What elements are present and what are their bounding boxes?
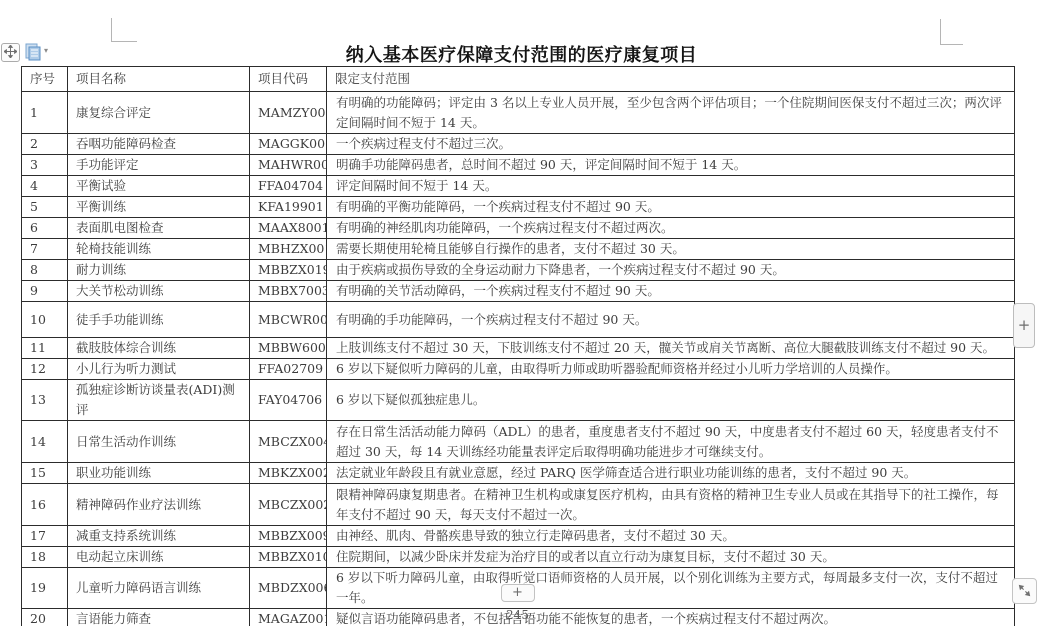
seq-cell[interactable]: 15 [22, 463, 68, 484]
seq-cell[interactable]: 13 [22, 380, 68, 421]
project-name-cell[interactable]: 手功能评定 [68, 155, 250, 176]
table-body: 1康复综合评定MAMZY003有明确的功能障码；评定由 3 名以上专业人员开展，… [22, 92, 1015, 626]
payment-scope-cell[interactable]: 评定间隔时间不短于 14 天。 [327, 176, 1015, 197]
seq-cell[interactable]: 14 [22, 421, 68, 463]
seq-cell[interactable]: 18 [22, 547, 68, 568]
project-name-cell[interactable]: 徒手手功能训练 [68, 302, 250, 338]
table-header-row: 序号 项目名称 项目代码 限定支付范围 [22, 67, 1015, 92]
project-name-cell[interactable]: 平衡训练 [68, 197, 250, 218]
diagonal-resize-icon [1018, 582, 1031, 601]
project-code-cell[interactable]: FFA04704 [250, 176, 327, 197]
project-name-cell[interactable]: 电动起立床训练 [68, 547, 250, 568]
seq-cell[interactable]: 10 [22, 302, 68, 338]
project-code-cell[interactable]: MBBX7003 [250, 281, 327, 302]
project-name-cell[interactable]: 小儿行为听力测试 [68, 359, 250, 380]
seq-cell[interactable]: 12 [22, 359, 68, 380]
project-name-cell[interactable]: 大关节松动训练 [68, 281, 250, 302]
seq-cell[interactable]: 7 [22, 239, 68, 260]
project-code-cell[interactable]: MBCZX004 [250, 421, 327, 463]
seq-cell[interactable]: 5 [22, 197, 68, 218]
table-row: 11截肢肢体综合训练MBBW6005上肢训练支付不超过 30 天，下肢训练支付不… [22, 338, 1015, 359]
project-code-cell[interactable]: FFA02709 [250, 359, 327, 380]
project-name-cell[interactable]: 截肢肢体综合训练 [68, 338, 250, 359]
project-code-cell[interactable]: MBHZX001 [250, 239, 327, 260]
table-row: 12小儿行为听力测试FFA027096 岁以下疑似听力障码的儿童，由取得听力师或… [22, 359, 1015, 380]
seq-cell[interactable]: 16 [22, 484, 68, 526]
payment-scope-cell[interactable]: 上肢训练支付不超过 30 天，下肢训练支付不超过 20 天，髋关节或肩关节离断、… [327, 338, 1015, 359]
payment-scope-cell[interactable]: 有明确的手功能障码，一个疾病过程支付不超过 90 天。 [327, 302, 1015, 338]
payment-scope-cell[interactable]: 需要长期使用轮椅且能够自行操作的患者，支付不超过 30 天。 [327, 239, 1015, 260]
header-name[interactable]: 项目名称 [68, 67, 250, 92]
seq-cell[interactable]: 2 [22, 134, 68, 155]
project-name-cell[interactable]: 孤独症诊断访谈量表(ADI)测评 [68, 380, 250, 421]
header-scope[interactable]: 限定支付范围 [327, 67, 1015, 92]
project-code-cell[interactable]: MAAX8001 [250, 218, 327, 239]
payment-scope-cell[interactable]: 住院期间，以减少卧床并发症为治疗目的或者以直立行动为康复目标，支付不超过 30 … [327, 547, 1015, 568]
table-row: 2吞咽功能障码检查MAGGK001一个疾病过程支付不超过三次。 [22, 134, 1015, 155]
project-code-cell[interactable]: MAMZY003 [250, 92, 327, 134]
payment-scope-cell[interactable]: 存在日常生活活动能力障码（ADL）的患者，重度患者支付不超过 90 天，中度患者… [327, 421, 1015, 463]
project-name-cell[interactable]: 轮椅技能训练 [68, 239, 250, 260]
add-column-button[interactable]: + [1013, 303, 1035, 348]
document-title[interactable]: 纳入基本医疗保障支付范围的医疗康复项目 [0, 41, 1043, 67]
table-row: 6表面肌电图检查MAAX8001有明确的神经肌肉功能障码，一个疾病过程支付不超过… [22, 218, 1015, 239]
project-code-cell[interactable]: MAGGK001 [250, 134, 327, 155]
project-name-cell[interactable]: 减重支持系统训练 [68, 526, 250, 547]
project-code-cell[interactable]: MBKZX002 [250, 463, 327, 484]
payment-scope-cell[interactable]: 有明确的功能障码；评定由 3 名以上专业人员开展，至少包含两个评估项目；一个住院… [327, 92, 1015, 134]
table-row: 4平衡试验FFA04704评定间隔时间不短于 14 天。 [22, 176, 1015, 197]
seq-cell[interactable]: 9 [22, 281, 68, 302]
seq-cell[interactable]: 1 [22, 92, 68, 134]
header-seq[interactable]: 序号 [22, 67, 68, 92]
project-code-cell[interactable]: MBBZX010 [250, 547, 327, 568]
project-code-cell[interactable]: MBCZX002 [250, 484, 327, 526]
payment-scope-cell[interactable]: 限精神障码康复期患者。在精神卫生机构或康复医疗机构，由具有资格的精神卫生专业人员… [327, 484, 1015, 526]
payment-scope-cell[interactable]: 一个疾病过程支付不超过三次。 [327, 134, 1015, 155]
header-code[interactable]: 项目代码 [250, 67, 327, 92]
table-row: 16精神障码作业疗法训练MBCZX002限精神障码康复期患者。在精神卫生机构或康… [22, 484, 1015, 526]
payment-scope-cell[interactable]: 有明确的神经肌肉功能障码，一个疾病过程支付不超过两次。 [327, 218, 1015, 239]
table-row: 7轮椅技能训练MBHZX001需要长期使用轮椅且能够自行操作的患者，支付不超过 … [22, 239, 1015, 260]
table-row: 10徒手手功能训练MBCWR001有明确的手功能障码，一个疾病过程支付不超过 9… [22, 302, 1015, 338]
page-number: 245 [21, 608, 1014, 622]
payment-scope-cell[interactable]: 法定就业年龄段且有就业意愿，经过 PARQ 医学筛查适合进行职业功能训练的患者，… [327, 463, 1015, 484]
payment-scope-cell[interactable]: 由神经、肌肉、骨骼疾患导致的独立行走障码患者，支付不超过 30 天。 [327, 526, 1015, 547]
project-name-cell[interactable]: 耐力训练 [68, 260, 250, 281]
project-code-cell[interactable]: MBBZX009 [250, 526, 327, 547]
payment-scope-cell[interactable]: 明确手功能障码患者，总时间不超过 90 天，评定间隔时间不短于 14 天。 [327, 155, 1015, 176]
project-code-cell[interactable]: MBBW6005 [250, 338, 327, 359]
project-name-cell[interactable]: 职业功能训练 [68, 463, 250, 484]
payment-scope-cell[interactable]: 由于疾病或损伤导致的全身运动耐力下降患者，一个疾病过程支付不超过 90 天。 [327, 260, 1015, 281]
table-row: 13孤独症诊断访谈量表(ADI)测评FAY047066 岁以下疑似孤独症患儿。 [22, 380, 1015, 421]
project-code-cell[interactable]: KFA19901 [250, 197, 327, 218]
project-code-cell[interactable]: MBBZX019 [250, 260, 327, 281]
seq-cell[interactable]: 6 [22, 218, 68, 239]
project-name-cell[interactable]: 表面肌电图检查 [68, 218, 250, 239]
project-code-cell[interactable]: FAY04706 [250, 380, 327, 421]
table-row: 1康复综合评定MAMZY003有明确的功能障码；评定由 3 名以上专业人员开展，… [22, 92, 1015, 134]
seq-cell[interactable]: 17 [22, 526, 68, 547]
seq-cell[interactable]: 8 [22, 260, 68, 281]
seq-cell[interactable]: 11 [22, 338, 68, 359]
project-name-cell[interactable]: 吞咽功能障码检查 [68, 134, 250, 155]
table-row: 15职业功能训练MBKZX002法定就业年龄段且有就业意愿，经过 PARQ 医学… [22, 463, 1015, 484]
table-row: 14日常生活动作训练MBCZX004存在日常生活活动能力障码（ADL）的患者，重… [22, 421, 1015, 463]
table-row: 9大关节松动训练MBBX7003有明确的关节活动障码，一个疾病过程支付不超过 9… [22, 281, 1015, 302]
add-row-button[interactable]: + [501, 584, 535, 602]
project-name-cell[interactable]: 平衡试验 [68, 176, 250, 197]
project-code-cell[interactable]: MBCWR001 [250, 302, 327, 338]
payment-scope-cell[interactable]: 6 岁以下疑似听力障码的儿童，由取得听力师或助听器验配师资格并经过小儿听力学培训… [327, 359, 1015, 380]
seq-cell[interactable]: 3 [22, 155, 68, 176]
table-resize-handle[interactable] [1012, 578, 1037, 604]
table-row: 18电动起立床训练MBBZX010住院期间，以减少卧床并发症为治疗目的或者以直立… [22, 547, 1015, 568]
payment-scope-cell[interactable]: 有明确的关节活动障码，一个疾病过程支付不超过 90 天。 [327, 281, 1015, 302]
seq-cell[interactable]: 4 [22, 176, 68, 197]
project-name-cell[interactable]: 康复综合评定 [68, 92, 250, 134]
payment-scope-cell[interactable]: 6 岁以下疑似孤独症患儿。 [327, 380, 1015, 421]
add-row-button-wrap: + [21, 581, 1014, 602]
payment-scope-cell[interactable]: 有明确的平衡功能障码，一个疾病过程支付不超过 90 天。 [327, 197, 1015, 218]
project-name-cell[interactable]: 精神障码作业疗法训练 [68, 484, 250, 526]
table-row: 8耐力训练MBBZX019由于疾病或损伤导致的全身运动耐力下降患者，一个疾病过程… [22, 260, 1015, 281]
project-code-cell[interactable]: MAHWR001 [250, 155, 327, 176]
rehab-projects-table: 序号 项目名称 项目代码 限定支付范围 1康复综合评定MAMZY003有明确的功… [21, 66, 1015, 626]
table-row: 3手功能评定MAHWR001明确手功能障码患者，总时间不超过 90 天，评定间隔… [22, 155, 1015, 176]
table-row: 17减重支持系统训练MBBZX009由神经、肌肉、骨骼疾患导致的独立行走障码患者… [22, 526, 1015, 547]
project-name-cell[interactable]: 日常生活动作训练 [68, 421, 250, 463]
table-row: 5平衡训练KFA19901有明确的平衡功能障码，一个疾病过程支付不超过 90 天… [22, 197, 1015, 218]
